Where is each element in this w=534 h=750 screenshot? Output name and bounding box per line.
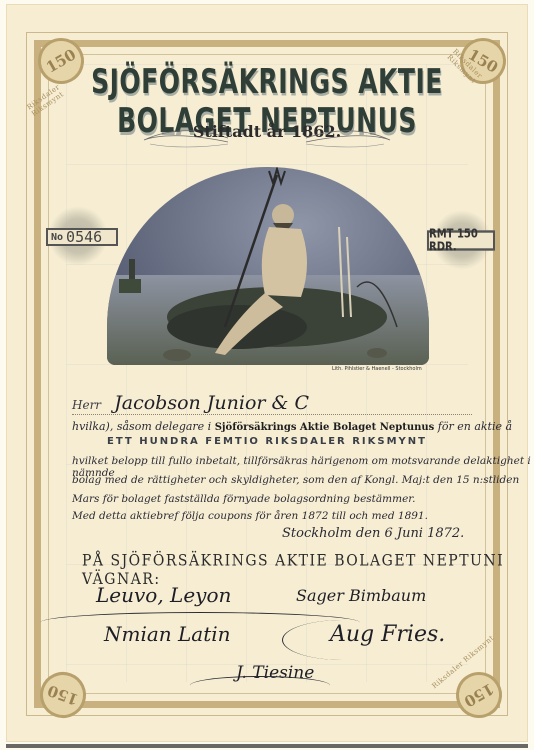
signature-3: Nmian Latin (104, 622, 231, 646)
lithographer-caption: Lith. Pihlstier & Haenell - Stockholm (332, 366, 422, 372)
flourish-right-icon (304, 126, 394, 150)
share-value-box: RMT 150 RDR. (427, 230, 495, 250)
signature-swash-2 (282, 620, 403, 660)
number-prefix: No (51, 232, 63, 243)
value-medallion-icon: 150 (448, 664, 511, 727)
corner-ornament-bottom-left: 150 (22, 654, 92, 724)
value-medallion-icon: 150 (34, 666, 93, 725)
place-date: Stockholm den 6 Juni 1872. (282, 526, 464, 541)
holder-name: Jacobson Junior & C (114, 392, 309, 414)
share-number: 0546 (66, 228, 102, 246)
line1-company: Sjöförsäkrings Aktie Bolaget Neptunus (215, 422, 435, 433)
holder-prefix: Herr (72, 398, 101, 412)
corner-ornament-bottom-right: 150 Riksdaler Riksmynt (444, 654, 514, 724)
signature-swash-3 (190, 676, 330, 695)
amount-text: ETT HUNDRA FEMTIO RIKSDALER RIKSMYNT (82, 436, 452, 447)
line1-suffix: för en aktie å (438, 420, 512, 433)
body-line-5: Mars för bolaget fastställda förnyade bo… (72, 493, 416, 505)
body-line-6: Med detta aktiebref följa coupons för år… (72, 510, 428, 522)
signature-2: Sager Bimbaum (296, 586, 426, 605)
holder-line: Herr Jacobson Junior & C (72, 392, 472, 415)
body-line-4: bolag med de rättigheter och skyldighete… (72, 474, 519, 486)
neptune-figure-icon (107, 167, 429, 365)
signature-1: Leuvo, Leyon (96, 583, 231, 607)
line1-script: hvilka), såsom delegare i (72, 420, 211, 433)
neptune-vignette-image (107, 167, 429, 365)
body-line-1: hvilka), såsom delegare i Sjöförsäkrings… (72, 420, 512, 433)
